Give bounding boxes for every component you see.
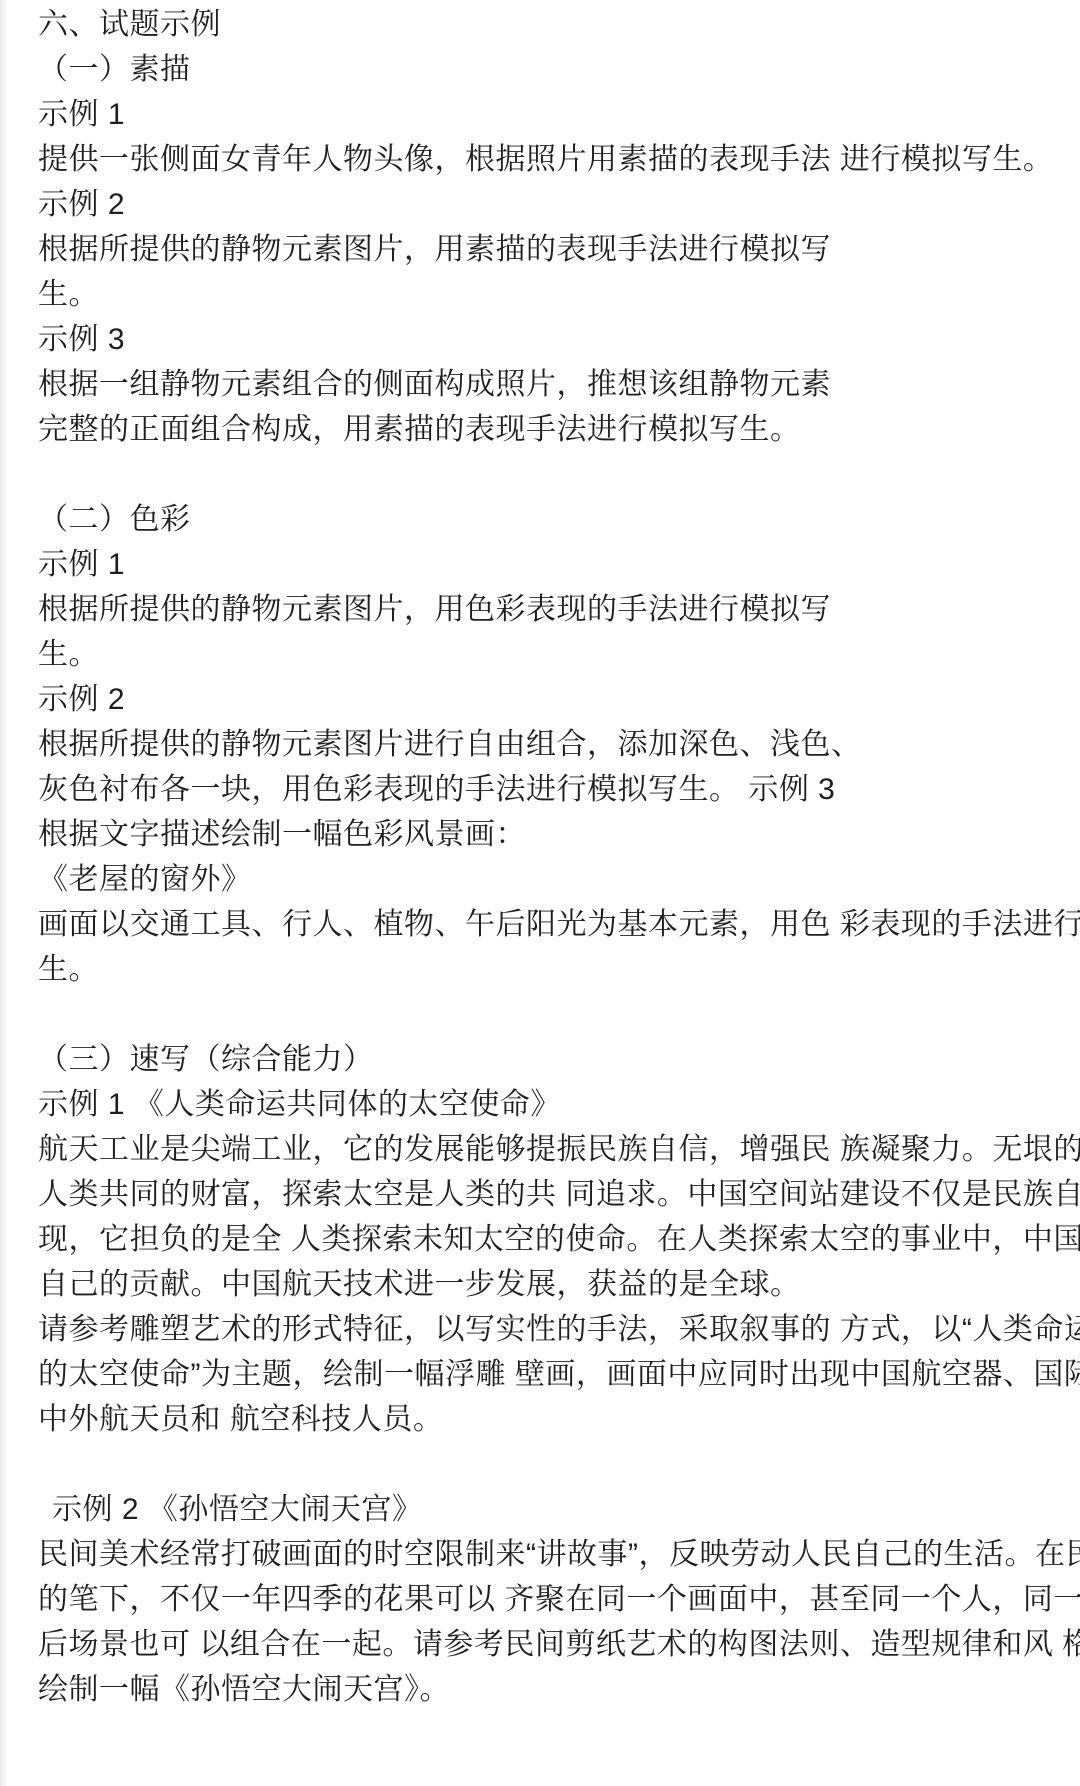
text-line: 自己的贡献。中国航天技术进一步发展，获益的是全球。 [38,1262,1062,1307]
text-line: 绘制一幅《孙悟空大闹天宫》。 [38,1667,1062,1712]
text-line: 完整的正面组合构成，用素描的表现手法进行模拟写生。 [38,407,1062,452]
text-line: 民间美术经常打破画面的时空限制来“讲故事”，反映劳动人民自己的生活。在民间艺人 [38,1532,1062,1577]
text-line: 的太空使命”为主题，绘制一幅浮雕 壁画，画面中应同时出现中国航空器、国际合作的 [38,1352,1062,1397]
section-heading: （三）速写（综合能力） [38,1037,1062,1082]
text-line: 后场景也可 以组合在一起。请参考民间剪纸艺术的构图法则、造型规律和风 格特点， [38,1622,1062,1667]
text-line: 根据所提供的静物元素图片，用素描的表现手法进行模拟写 [38,227,1062,272]
text-line: 的笔下，不仅一年四季的花果可以 齐聚在同一个画面中，甚至同一个人，同一件事的前 [38,1577,1062,1622]
text-line: 画面以交通工具、行人、植物、午后阳光为基本元素，用色 彩表现的手法进行模拟写 [38,902,1062,947]
section-heading: （二）色彩 [38,497,1062,542]
blank-line [38,1442,1062,1487]
section-heading: 六、试题示例 [38,2,1062,47]
text-line: 示例 2 [38,677,1062,722]
text-line: 中外航天员和 航空科技人员。 [38,1397,1062,1442]
text-line: 根据所提供的静物元素图片，用色彩表现的手法进行模拟写 [38,587,1062,632]
text-line: 根据一组静物元素组合的侧面构成照片，推想该组静物元素 [38,362,1062,407]
text-line: 示例 2 《孙悟空大闹天宫》 [38,1487,1062,1532]
text-line: 人类共同的财富，探索太空是人类的共 同追求。中国空间站建设不仅是民族自豪的体 [38,1172,1062,1217]
text-line: 提供一张侧面女青年人物头像，根据照片用素描的表现手法 进行模拟写生。 [38,137,1062,182]
text-line: 示例 2 [38,182,1062,227]
section-heading: （一）素描 [38,47,1062,92]
text-line: 生。 [38,632,1062,677]
blank-line [38,992,1062,1037]
text-line: 根据文字描述绘制一幅色彩风景画： [38,812,1062,857]
text-line: 《老屋的窗外》 [38,857,1062,902]
text-line: 示例 3 [38,317,1062,362]
blank-line [38,452,1062,497]
text-line: 请参考雕塑艺术的形式特征，以写实性的手法，采取叙事的 方式，以“人类命运共同体 [38,1307,1062,1352]
text-line: 生。 [38,272,1062,317]
text-line: 现，它担负的是全 人类探索未知太空的使命。在人类探索太空的事业中，中国理当 有 [38,1217,1062,1262]
text-line: 生。 [38,947,1062,992]
text-line: 示例 1 [38,92,1062,137]
text-line: 示例 1 [38,542,1062,587]
text-line: 灰色衬布各一块，用色彩表现的手法进行模拟写生。 示例 3 [38,767,1062,812]
document-body: 六、试题示例（一）素描示例 1提供一张侧面女青年人物头像，根据照片用素描的表现手… [38,2,1062,1712]
text-line: 根据所提供的静物元素图片进行自由组合，添加深色、浅色、 [38,722,1062,767]
text-line: 示例 1 《人类命运共同体的太空使命》 [38,1082,1062,1127]
text-line: 航天工业是尖端工业，它的发展能够提振民族自信，增强民 族凝聚力。无垠的太空是 [38,1127,1062,1172]
document-page: 六、试题示例（一）素描示例 1提供一张侧面女青年人物头像，根据照片用素描的表现手… [0,0,1080,1786]
